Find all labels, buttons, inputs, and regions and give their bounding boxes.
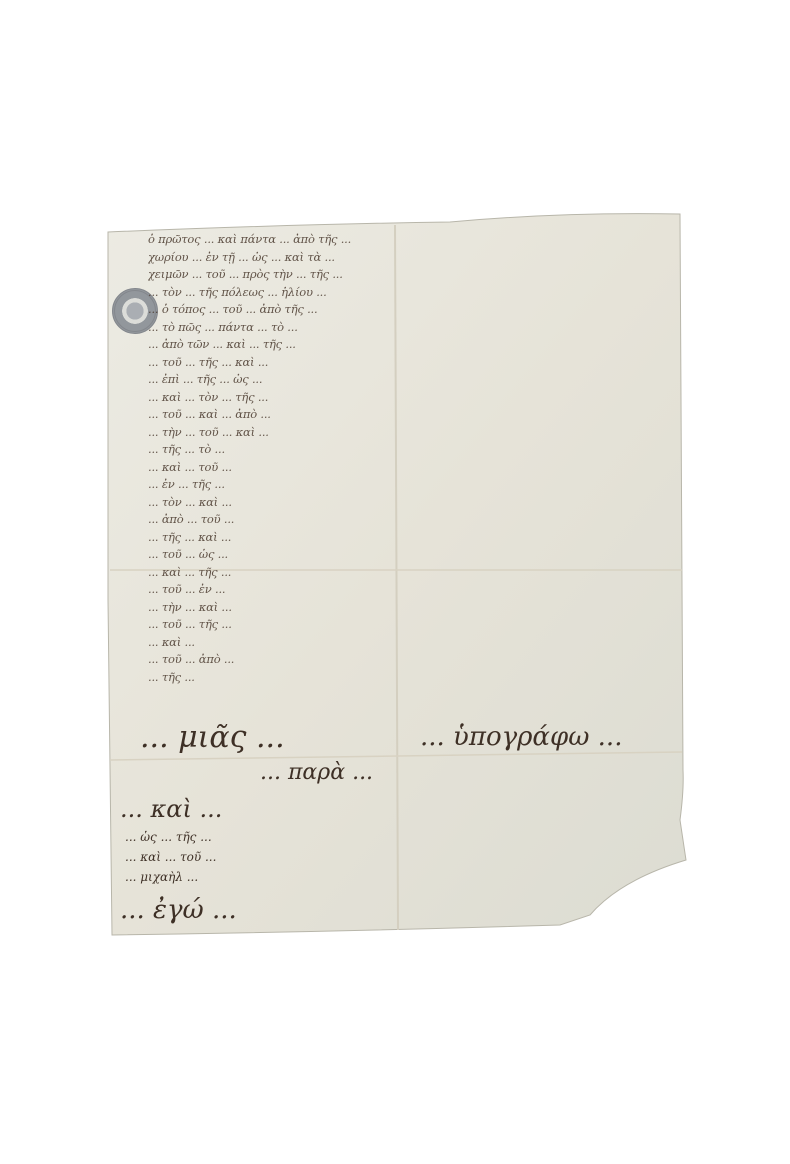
- text-line: ... ἐπὶ ... τῆς ... ὡς ...: [148, 372, 678, 390]
- manuscript-body: ὁ πρῶτος ... καὶ πάντα ... ἀπὸ τῆς ... χ…: [148, 232, 678, 687]
- text-line: χωρίου ... ἐν τῇ ... ὡς ... καὶ τὰ ...: [148, 250, 678, 268]
- text-line: ... καὶ ... τοῦ ...: [148, 460, 678, 478]
- witness-line: ... καὶ ... τοῦ ...: [125, 850, 216, 864]
- signature: ... ὑπογράφω ...: [420, 722, 622, 752]
- text-line: ... τὸ πῶς ... πάντα ... τὸ ...: [148, 320, 678, 338]
- text-line: ... τοῦ ... τῆς ... καὶ ...: [148, 355, 678, 373]
- text-line: ... τοῦ ... ἐν ...: [148, 582, 678, 600]
- text-line: ὁ πρῶτος ... καὶ πάντα ... ἀπὸ τῆς ...: [148, 232, 678, 250]
- text-line: ... ἀπὸ ... τοῦ ...: [148, 512, 678, 530]
- text-line: ... τοῦ ... ἀπὸ ...: [148, 652, 678, 670]
- text-line: ... καὶ ... τῆς ...: [148, 565, 678, 583]
- text-line: ... τῆς ... καὶ ...: [148, 530, 678, 548]
- text-line: ... τὴν ... καὶ ...: [148, 600, 678, 618]
- witness-line: ... μιχαὴλ ...: [125, 870, 198, 884]
- text-line: ... καὶ ...: [148, 635, 678, 653]
- text-line: ... τοῦ ... τῆς ...: [148, 617, 678, 635]
- signature: ... καὶ ...: [120, 795, 222, 823]
- text-line: ... τὸν ... τῆς πόλεως ... ἡλίου ...: [148, 285, 678, 303]
- witness-line: ... ὡς ... τῆς ...: [125, 830, 212, 844]
- signature: ... ἐγώ ...: [120, 895, 237, 925]
- text-line: ... τῆς ...: [148, 670, 678, 688]
- text-line: ... ὁ τόπος ... τοῦ ... ἀπὸ τῆς ...: [148, 302, 678, 320]
- text-line: ... καὶ ... τὸν ... τῆς ...: [148, 390, 678, 408]
- text-line: ... τοῦ ... ὡς ...: [148, 547, 678, 565]
- text-line: ... τὴν ... τοῦ ... καὶ ...: [148, 425, 678, 443]
- signature: ... μιᾶς ...: [140, 720, 285, 755]
- text-line: ... ἐν ... τῆς ...: [148, 477, 678, 495]
- text-line: ... τοῦ ... καὶ ... ἀπὸ ...: [148, 407, 678, 425]
- text-line: ... τῆς ... τὸ ...: [148, 442, 678, 460]
- text-line: χειμῶν ... τοῦ ... πρὸς τὴν ... τῆς ...: [148, 267, 678, 285]
- text-line: ... τὸν ... καὶ ...: [148, 495, 678, 513]
- text-line: ... ἀπὸ τῶν ... καὶ ... τῆς ...: [148, 337, 678, 355]
- signature: ... παρὰ ...: [260, 760, 373, 785]
